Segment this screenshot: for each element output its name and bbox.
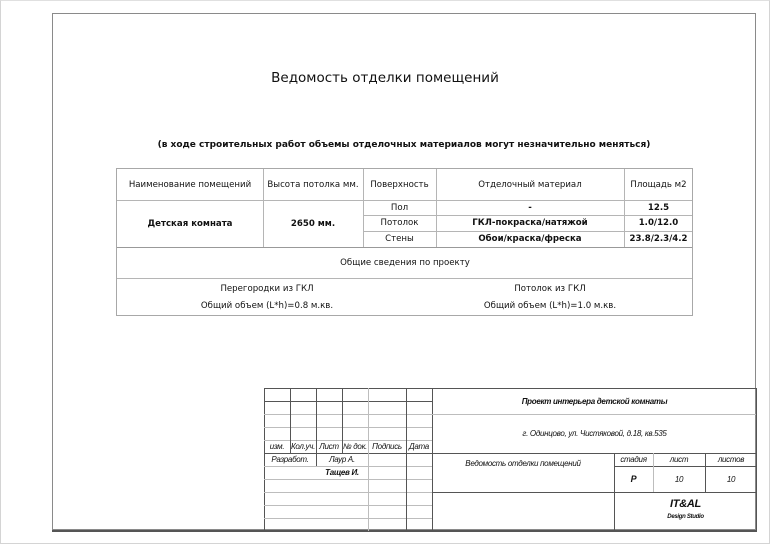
header-surface: Поверхность bbox=[363, 169, 436, 200]
header-room-name: Наименование помещений bbox=[117, 169, 263, 200]
surface-floor: Пол bbox=[363, 200, 436, 215]
stage-value: Р bbox=[614, 466, 653, 492]
sheets-label: листов bbox=[705, 453, 757, 466]
studio-logo-sub: Design Studio bbox=[614, 512, 757, 522]
header-ceiling-height: Высота потолка мм. bbox=[263, 169, 363, 200]
material-ceiling: ГКЛ-покраска/натяжой bbox=[436, 215, 624, 231]
sheet-label: лист bbox=[653, 453, 705, 466]
material-floor: - bbox=[436, 200, 624, 215]
header-material: Отделочный материал bbox=[436, 169, 624, 200]
surface-ceiling: Потолок bbox=[363, 215, 436, 231]
title-block: изм. Кол.уч. Лист № док. Подпись Дата Ра… bbox=[264, 388, 757, 531]
sheet-name: Ведомость отделки помещений bbox=[432, 453, 614, 473]
room-name: Детская комната bbox=[117, 200, 263, 247]
project-address: г. Одинцово, ул. Чистяковой, д.18, кв.53… bbox=[432, 414, 757, 453]
studio-logo-name: IT&AL bbox=[614, 496, 757, 512]
developer-name: Лаур А. bbox=[316, 453, 368, 466]
col-sheet: Лист bbox=[316, 440, 342, 453]
overview-title: Общие сведения по проекту bbox=[117, 247, 693, 278]
developed-label: Разработ. bbox=[264, 453, 316, 466]
area-walls: 23.8/2.3/4.2 bbox=[624, 231, 693, 247]
col-date: Дата bbox=[406, 440, 432, 453]
material-walls: Обои/краска/фреска bbox=[436, 231, 624, 247]
document-subtitle: (в ходе строительных работ объемы отдело… bbox=[0, 140, 770, 150]
overview-partitions-value: Общий объем (L*h)=0.8 м.кв. bbox=[117, 299, 417, 313]
surface-walls: Стены bbox=[363, 231, 436, 247]
overview-ceiling-value: Общий объем (L*h)=1.0 м.кв. bbox=[400, 299, 700, 313]
col-qty: Кол.уч. bbox=[290, 440, 316, 453]
overview-partitions-label: Перегородки из ГКЛ bbox=[117, 282, 417, 296]
stage-label: стадия bbox=[614, 453, 653, 466]
col-signature: Подпись bbox=[368, 440, 406, 453]
sheets-value: 10 bbox=[705, 466, 757, 492]
room-ceiling-height: 2650 мм. bbox=[263, 200, 363, 247]
area-floor: 12.5 bbox=[624, 200, 693, 215]
col-change: изм. bbox=[264, 440, 290, 453]
finishing-schedule-table: Наименование помещений Высота потолка мм… bbox=[116, 168, 693, 316]
sheet-value: 10 bbox=[653, 466, 705, 492]
header-area: Площадь м2 bbox=[624, 169, 693, 200]
document-title: Ведомость отделки помещений bbox=[0, 70, 770, 86]
area-ceiling: 1.0/12.0 bbox=[624, 215, 693, 231]
project-name: Проект интерьера детской комнаты bbox=[432, 388, 757, 414]
checker-name: Тащев И. bbox=[316, 466, 368, 479]
col-doc-no: № док. bbox=[342, 440, 368, 453]
overview-ceiling-label: Потолок из ГКЛ bbox=[400, 282, 700, 296]
